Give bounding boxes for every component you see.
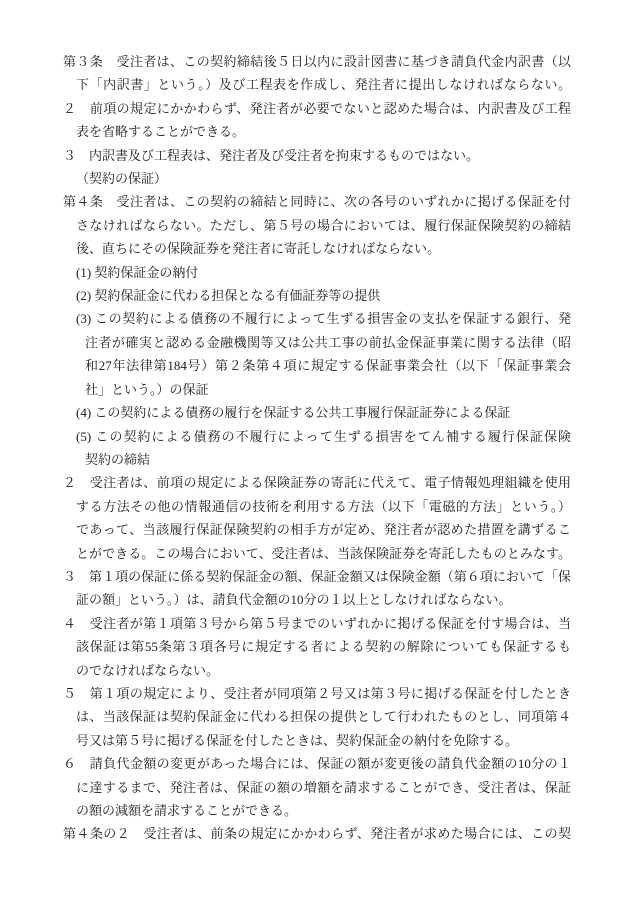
text-line: ２ 受注者は、前項の規定による保険証券の寄託に代えて、電子情報処理組織を使用 (63, 471, 571, 494)
text-line: (1) 契約保証金の納付 (63, 261, 571, 284)
text-line: 表を省略することができる。 (63, 120, 571, 143)
text-line: ６ 請負代金額の変更があった場合には、保証の額が変更後の請負代金額の10分の１ (63, 752, 571, 775)
text-line: 下「内訳書」という。）及び工程表を作成し、発注者に提出しなければならない。 (63, 73, 571, 96)
text-line: 証の額」という。）は、請負代金額の10分の１以上としなければならない。 (63, 588, 571, 611)
text-line: 後、直ちにその保険証券を発注者に寄託しなければならない。 (63, 237, 571, 260)
document-body: 第３条 受注者は、この契約締結後５日以内に設計図書に基づき請負代金内訳書（以下「… (63, 50, 571, 846)
text-line: 号又は第５号に掲げる保証を付したときは、契約保証金の納付を免除する。 (63, 729, 571, 752)
text-line: （契約の保証） (63, 167, 571, 190)
text-line: 第４条の２ 受注者は、前条の規定にかかわらず、発注者が求めた場合には、この契 (63, 822, 571, 845)
text-line: 注者が確実と認める金融機関等又は公共工事の前払金保証事業に関する法律（昭 (63, 331, 571, 354)
text-line: 該保証は第55条第３項各号に規定する者による契約の解除についても保証するも (63, 635, 571, 658)
text-line: (4) この契約による債務の履行を保証する公共工事履行保証証券による保証 (63, 401, 571, 424)
text-line: ４ 受注者が第１項第３号から第５号までのいずれかに掲げる保証を付す場合は、当 (63, 612, 571, 635)
text-line: 社」という。）の保証 (63, 378, 571, 401)
text-line: ３ 第１項の保証に係る契約保証金の額、保証金額又は保険金額（第６項において「保 (63, 565, 571, 588)
text-line: に達するまで、発注者は、保証の額の増額を請求することができ、受注者は、保証 (63, 776, 571, 799)
contract-document-page: 第３条 受注者は、この契約締結後５日以内に設計図書に基づき請負代金内訳書（以下「… (0, 0, 630, 903)
text-line: 第３条 受注者は、この契約締結後５日以内に設計図書に基づき請負代金内訳書（以 (63, 50, 571, 73)
text-line: する方法その他の情報通信の技術を利用する方法（以下「電磁的方法」という。） (63, 495, 571, 518)
text-line: のでなければならない。 (63, 659, 571, 682)
text-line: であって、当該履行保証保険契約の相手方が定め、発注者が認めた措置を講ずるこ (63, 518, 571, 541)
text-line: ５ 第１項の規定により、受注者が同項第２号又は第３号に掲げる保証を付したとき (63, 682, 571, 705)
text-line: さなければならない。ただし、第５号の場合においては、履行保証保険契約の締結 (63, 214, 571, 237)
text-line: ３ 内訳書及び工程表は、発注者及び受注者を拘束するものではない。 (63, 144, 571, 167)
text-line: (5) この契約による債務の不履行によって生ずる損害をてん補する履行保証保険 (63, 425, 571, 448)
text-line: 和27年法律第184号）第２条第４項に規定する保証事業会社（以下「保証事業会 (63, 354, 571, 377)
text-line: は、当該保証は契約保証金に代わる担保の提供として行われたものとし、同項第４ (63, 705, 571, 728)
text-line: ２ 前項の規定にかかわらず、発注者が必要でないと認めた場合は、内訳書及び工程 (63, 97, 571, 120)
text-line: (3) この契約による債務の不履行によって生ずる損害金の支払を保証する銀行、発 (63, 307, 571, 330)
text-line: (2) 契約保証金に代わる担保となる有価証券等の提供 (63, 284, 571, 307)
text-line: 契約の締結 (63, 448, 571, 471)
text-line: 第４条 受注者は、この契約の締結と同時に、次の各号のいずれかに掲げる保証を付 (63, 190, 571, 213)
text-line: とができる。この場合において、受注者は、当該保険証券を寄託したものとみなす。 (63, 542, 571, 565)
text-line: の額の減額を請求することができる。 (63, 799, 571, 822)
